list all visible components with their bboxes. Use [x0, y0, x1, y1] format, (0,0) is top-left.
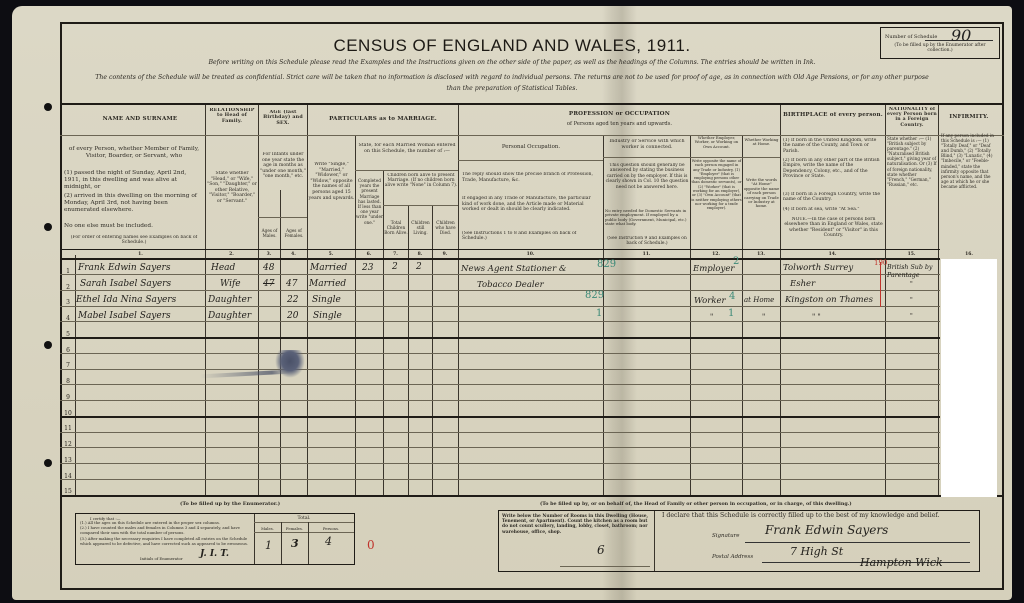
column-number: 16. — [938, 252, 1000, 257]
entry-marital-status: Single — [312, 295, 341, 305]
entry-nationality: British Sub by Parentage — [887, 264, 939, 280]
column-number: 7. — [383, 252, 408, 257]
row-number: 6 — [62, 347, 74, 354]
header-name-note: (For order of entering names see Example… — [64, 235, 204, 245]
row-number: 4 — [62, 315, 74, 322]
table-top-rule — [60, 103, 1004, 105]
column-number: 8. — [408, 252, 432, 257]
entry-home-ditto: " — [762, 313, 765, 321]
header-age: AGE (last Birthday) and SEX. — [259, 110, 307, 126]
header-industry-note: (See Instruction 9 and Examples on back … — [605, 236, 689, 246]
row-number: 10 — [62, 410, 74, 417]
header-name: NAME AND SURNAME — [76, 116, 204, 122]
row-line — [60, 384, 940, 385]
totals-males-label: Males. — [254, 526, 281, 532]
header-relationship-desc: State whether "Head," or "Wife," "Son," … — [207, 171, 257, 205]
header-personal-note: (See Instructions 1 to 8 and Examples on… — [462, 231, 602, 242]
enumerator-initials-label: Initials of Enumerator — [140, 556, 183, 562]
entry-employer-status: Employer — [693, 264, 734, 274]
header-occupation-sub: of Persons aged ten years and upwards. — [459, 121, 780, 127]
column-number: 2. — [205, 252, 258, 257]
row-line — [60, 321, 940, 322]
entry-children-living: 2 — [416, 262, 422, 272]
column-number: 15. — [885, 252, 938, 257]
col-divider — [205, 105, 206, 495]
header-age-males: Ages of Males. — [259, 228, 280, 238]
header-employer-desc: Write opposite the name of each person e… — [691, 159, 742, 211]
entry-employer-code: 1 — [728, 308, 734, 319]
totals-rule — [254, 522, 354, 523]
totals-rule — [254, 532, 354, 533]
row-line — [60, 274, 940, 275]
row-number: 14 — [62, 473, 74, 480]
totals-label: Total. — [254, 516, 354, 522]
row-number: 2 — [62, 284, 74, 291]
number-of-rooms: 6 — [597, 543, 605, 557]
entry-nationality-ditto: " — [910, 313, 913, 320]
entry-age-male-struck: 47 — [263, 279, 274, 289]
header-industry-desc2: No entry needed for Domestic Servants in… — [605, 209, 689, 227]
row-line — [60, 290, 940, 291]
signature-line — [745, 542, 970, 543]
entry-occupation: News Agent Stationer & — [461, 264, 566, 274]
header-nationality: NATIONALITY of every Person born in a Fo… — [886, 107, 938, 128]
col-divider — [780, 105, 781, 495]
header-birthplace-note: NOTE.—In the case of persons born elsewh… — [783, 217, 884, 239]
header-personal-desc2: If engaged in any Trade or Manufacture, … — [462, 196, 602, 213]
total-persons: 4 — [325, 535, 332, 548]
totals-persons-label: Persons. — [308, 526, 354, 532]
header-children-total: Total Children Born Alive. — [384, 220, 408, 235]
rooms-instructions: Write below the Number of Rooms in this … — [502, 514, 652, 535]
column-number: 13. — [742, 252, 780, 257]
red-margin-line — [880, 262, 881, 307]
header-marriage-status: Write "Single," "Married," "Widower," or… — [308, 162, 355, 201]
punch-hole — [44, 341, 52, 349]
header-infirmity: INFIRMITY. — [939, 114, 999, 120]
entry-employer-ditto: " — [710, 313, 713, 321]
entry-years-married: 23 — [362, 263, 373, 273]
header-name-rule3: No one else must be included. — [64, 223, 204, 229]
header-rule — [60, 135, 1004, 136]
row-number: 7 — [62, 362, 74, 369]
entry-marital-status: Single — [313, 311, 342, 321]
table-bottom-rule — [60, 495, 1004, 497]
col-divider — [885, 105, 886, 495]
header-age-desc: For Infants under one year state the age… — [259, 152, 307, 180]
row-number: 12 — [62, 441, 74, 448]
row-number: 11 — [62, 425, 74, 432]
entry-name: Sarah Isabel Sayers — [80, 279, 171, 289]
entry-name: Frank Edwin Sayers — [78, 263, 170, 273]
header-children-living: Children still Living. — [409, 220, 432, 235]
row-line-thick — [60, 337, 940, 339]
header-rule — [458, 160, 603, 161]
header-years-married: Completed years the present Marriage has… — [356, 178, 383, 225]
row-line — [60, 479, 940, 480]
enumerator-initials: J. I. T. — [200, 549, 229, 559]
entry-birthplace-ditto: " " — [812, 313, 821, 321]
entry-relationship: Daughter — [208, 311, 251, 321]
schedule-number-note: (To be filled up by the Enumerator after… — [884, 43, 996, 53]
declaration-text: I declare that this Schedule is correctl… — [662, 513, 939, 519]
confidentiality-notice-cont: than the preparation of Statistical Tabl… — [0, 85, 1024, 92]
col-divider — [458, 105, 459, 495]
confidentiality-notice: The contents of the Schedule will be tre… — [0, 74, 1024, 81]
header-infirmity-desc: If any person included in this Schedule … — [941, 133, 998, 189]
header-rule — [383, 205, 458, 206]
entry-occupation-code: 829 — [597, 259, 616, 270]
entry-occupation-code: 1 — [596, 308, 602, 319]
column-number: 3. — [258, 252, 280, 257]
header-marriage-state: State, for each Married Woman entered on… — [357, 143, 457, 154]
header-age-females: Ages of Females. — [281, 228, 307, 238]
head-of-family-heading: (To be filled up by, or on behalf of, th… — [540, 502, 852, 508]
header-personal-occupation: Personal Occupation. — [460, 144, 602, 150]
red-check-mark: 0 — [367, 538, 375, 552]
redacted-region — [941, 259, 997, 497]
row-number: 9 — [62, 394, 74, 401]
row-line — [60, 432, 940, 433]
row-line — [60, 353, 940, 354]
row-line — [60, 369, 940, 370]
entry-marital-status: Married — [309, 279, 346, 289]
row-line-thick — [60, 416, 940, 418]
row-number-divider — [75, 255, 76, 495]
entry-occupation-code: 829 — [585, 290, 604, 301]
rows-top-rule — [60, 258, 940, 260]
header-occupation: PROFESSION or OCCUPATION — [459, 111, 780, 117]
header-working-at-home: Whether Working at Home. — [743, 138, 780, 147]
column-number: 11. — [603, 252, 690, 257]
entry-relationship: Wife — [220, 279, 241, 289]
punch-hole — [44, 103, 52, 111]
entry-name: Ethel Ida Nina Sayers — [76, 295, 176, 305]
row-line — [60, 463, 940, 464]
column-number: 9. — [432, 252, 458, 257]
postal-address-line2: Hampton Wick — [860, 556, 943, 569]
header-relationship: RELATIONSHIP to Head of Family. — [206, 108, 258, 124]
header-home-desc: Write the words "At Home" opposite the n… — [743, 178, 780, 209]
entry-age-male: 48 — [263, 263, 274, 273]
header-rule — [258, 217, 307, 218]
column-number-rule — [60, 249, 940, 250]
entry-age-female: 20 — [287, 311, 298, 321]
header-name-rule2: (2) arrived in this dwelling on the morn… — [64, 193, 204, 214]
entry-name: Mabel Isabel Sayers — [78, 311, 171, 321]
entry-birthplace: Tolworth Surrey — [783, 263, 853, 273]
enumerator-cert-3: (3.) After making the necessary enquirie… — [80, 537, 252, 546]
header-industry: Industry or Service with which worker is… — [605, 139, 689, 150]
column-number: 5. — [307, 252, 355, 257]
header-children-died: Children who have Died. — [433, 220, 458, 235]
row-number: 1 — [62, 268, 74, 275]
entry-occupation-cont: Tobacco Dealer — [477, 280, 544, 290]
row-line — [60, 306, 940, 307]
entry-nationality-ditto: " — [910, 281, 913, 288]
header-birthplace-3: (3) If born in a Foreign Country, write … — [783, 192, 884, 203]
postal-address-label: Postal Address — [712, 555, 753, 561]
schedule-number-box: Number of Schedule 90 (To be filled up b… — [880, 27, 1000, 59]
rooms-line — [560, 566, 650, 567]
column-number: 4. — [280, 252, 307, 257]
entry-employer-code: 2 — [733, 256, 739, 267]
totals-females-label: Females. — [281, 526, 308, 532]
entry-nationality-ditto: " — [910, 297, 913, 304]
signature: Frank Edwin Sayers — [765, 523, 888, 537]
entry-employer-status: Worker — [694, 296, 726, 306]
header-marriage: PARTICULARS as to MARRIAGE. — [308, 116, 458, 122]
header-employer: Whether Employer, Worker, or Working on … — [691, 136, 742, 149]
row-number: 15 — [62, 488, 74, 495]
header-personal-desc: The reply should show the precise branch… — [462, 172, 602, 183]
entry-employer-code: 4 — [729, 291, 735, 302]
entry-relationship: Head — [211, 263, 235, 273]
header-industry-desc: This question should generally be answer… — [605, 163, 689, 190]
header-birthplace-1: (1) If born in the United Kingdom, write… — [783, 138, 884, 154]
enumerator-heading: (To be filled up by the Enumerator.) — [180, 502, 280, 508]
header-name-rule1: (1) passed the night of Sunday, April 2n… — [64, 170, 204, 191]
column-number: 10. — [458, 252, 603, 257]
entry-birthplace: Esher — [790, 279, 815, 289]
row-line — [60, 400, 940, 401]
entry-working-at-home: at Home — [744, 296, 774, 304]
header-rule — [603, 157, 780, 158]
column-number: 1. — [76, 252, 205, 257]
entry-children-total: 2 — [392, 262, 398, 272]
col-divider — [603, 135, 604, 495]
entry-relationship: Daughter — [208, 295, 251, 305]
header-birthplace-4: (4) If born at sea, write "At Sea." — [783, 207, 884, 212]
row-number: 13 — [62, 457, 74, 464]
header-children: Children born alive to present Marriage.… — [384, 173, 458, 189]
column-number: 14. — [780, 252, 885, 257]
signature-label: Signature — [712, 534, 740, 540]
total-females: 3 — [291, 537, 299, 550]
header-nationality-desc: State whether :— (1) "British subject by… — [887, 136, 937, 187]
header-name-desc: of every Person, whether Member of Famil… — [64, 146, 204, 160]
row-number: 8 — [62, 378, 74, 385]
col-divider — [938, 105, 939, 495]
rooms-divider — [654, 511, 655, 571]
entry-age-female: 22 — [287, 295, 298, 305]
instruction-line: Before writing on this Schedule please r… — [0, 59, 1024, 66]
punch-hole — [44, 223, 52, 231]
total-males: 1 — [265, 539, 272, 552]
header-birthplace: BIRTHPLACE of every person. — [781, 112, 885, 118]
punch-hole — [44, 459, 52, 467]
row-number: 3 — [62, 299, 74, 306]
row-number: 5 — [62, 331, 74, 338]
entry-marital-status: Married — [310, 263, 347, 273]
column-number: 6. — [355, 252, 383, 257]
entry-age-female: 47 — [286, 279, 297, 289]
enumerator-cert-2: (2.) I have counted the males and female… — [80, 526, 252, 535]
entry-birthplace: Kingston on Thames — [785, 295, 873, 305]
header-birthplace-2: (2) If born in any other part of the Bri… — [783, 158, 884, 180]
row-line — [60, 447, 940, 448]
page-title: CENSUS OF ENGLAND AND WALES, 1911. — [0, 36, 1024, 56]
postal-address-line1: 7 High St — [790, 545, 843, 558]
header-rule — [355, 170, 458, 171]
